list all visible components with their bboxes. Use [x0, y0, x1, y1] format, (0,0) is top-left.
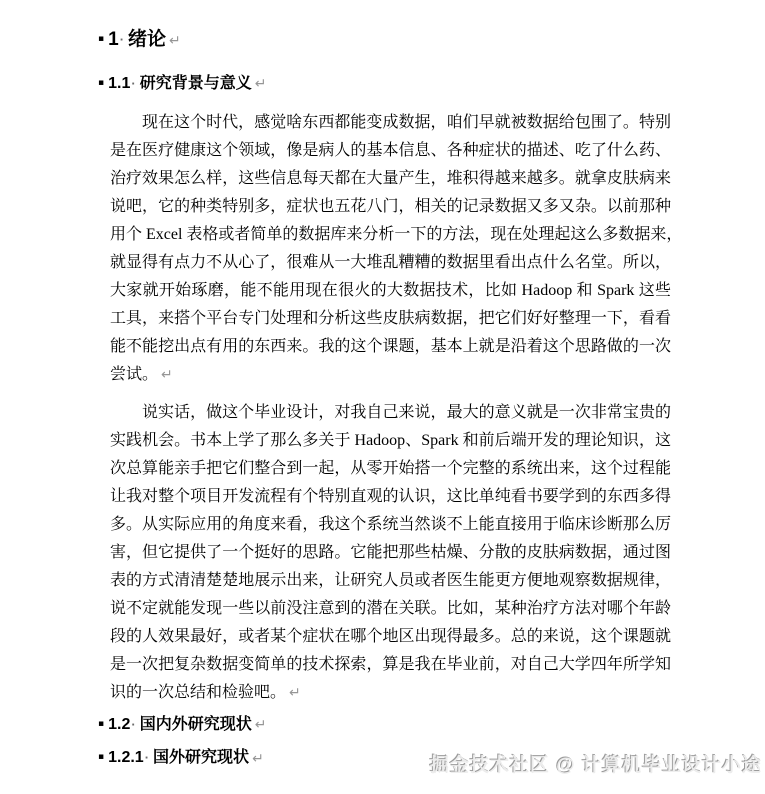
outline-bullet-icon: ▪ [98, 746, 104, 768]
text-line: 是一次把复杂数据变简单的技术探索，算是我在毕业前，对自己大学四年所学知 [110, 651, 671, 679]
paragraph-mark-icon: ↵ [255, 717, 267, 733]
heading-1-2: ▪1.2·国内外研究现状↵ [110, 714, 671, 736]
text-line: 说吧，它的种类特别多，症状也五花八门，相关的记录数据又多又杂。以前那种 [110, 193, 671, 221]
paragraph-mark-icon: ↵ [169, 33, 181, 49]
text-line: 段的人效果最好，或者某个症状在哪个地区出现得最多。总的来说，这个课题就 [110, 623, 671, 651]
space-dot-mark: · [120, 32, 124, 47]
paragraph-mark-icon: ↵ [289, 685, 301, 701]
text-line: 说不定就能发现一些以前没注意到的潜在关联。比如，某种治疗方法对哪个年龄 [110, 595, 671, 623]
text-line: 工具，来搭个平台专门处理和分析这些皮肤病数据，把它们好好整理一下，看看 [110, 305, 671, 333]
text-line: 尝试。↵ [110, 361, 671, 389]
text-line: 害，但它提供了一个挺好的思路。它能把那些枯燥、分散的皮肤病数据，通过图 [110, 539, 671, 567]
text-line: 表的方式清清楚楚地展示出来，让研究人员或者医生能更方便地观察数据规律， [110, 567, 671, 595]
heading-chapter-1: ▪1·绪论↵ [110, 28, 671, 53]
text-line: 是在医疗健康这个领域，像是病人的基本信息、各种症状的描述、吃了什么药、 [110, 137, 671, 165]
space-dot-mark: · [145, 750, 149, 765]
paragraph-mark-icon: ↵ [252, 751, 264, 767]
heading-label: 国外研究现状 [153, 750, 249, 767]
text-line: 说实话，做这个毕业设计，对我自己来说，最大的意义就是一次非常宝贵的 [110, 399, 671, 427]
text-line: 实践机会。书本上学了那么多关于 Hadoop、Spark 和前后端开发的理论知识… [110, 427, 671, 455]
watermark: 掘金技术社区 @ 计算机毕业设计小途 [430, 750, 762, 777]
paragraph-mark-icon: ↵ [161, 367, 173, 383]
heading-number: 1.1 [108, 75, 130, 92]
text-line: 识的一次总结和检验吧。↵ [110, 679, 671, 707]
text-line: 现在这个时代，感觉啥东西都能变成数据，咱们早就被数据给包围了。特别 [110, 109, 671, 137]
heading-number: 1.2 [108, 716, 130, 733]
document-page: ▪1·绪论↵ ▪1.1·研究背景与意义↵ 现在这个时代，感觉啥东西都能变成数据，… [0, 0, 765, 770]
text-line: 大家就开始琢磨，能不能用现在很火的大数据技术，比如 Hadoop 和 Spark… [110, 277, 671, 305]
paragraph-2: 说实话，做这个毕业设计，对我自己来说，最大的意义就是一次非常宝贵的 实践机会。书… [110, 399, 671, 707]
heading-label: 国内外研究现状 [140, 716, 252, 733]
paragraph-1: 现在这个时代，感觉啥东西都能变成数据，咱们早就被数据给包围了。特别 是在医疗健康… [110, 109, 671, 389]
outline-bullet-icon: ▪ [98, 713, 104, 735]
heading-label: 绪论 [128, 29, 166, 50]
text-line: 次总算能亲手把它们整合到一起，从零开始搭一个完整的系统出来，这个过程能 [110, 455, 671, 483]
space-dot-mark: · [131, 76, 135, 91]
line-text: 识的一次总结和检验吧。 [110, 684, 286, 701]
line-text: 尝试。 [110, 366, 158, 383]
outline-bullet-icon: ▪ [98, 72, 104, 94]
text-line: 用个 Excel 表格或者简单的数据库来分析一下的方法，现在处理起这么多数据来， [110, 221, 671, 249]
text-line: 治疗效果怎么样，这些信息每天都在大量产生，堆积得越来越多。就拿皮肤病来 [110, 165, 671, 193]
text-line: 能不能挖出点有用的东西来。我的这个课题，基本上就是沿着这个思路做的一次 [110, 333, 671, 361]
heading-number: 1.2.1 [108, 750, 144, 767]
paragraph-mark-icon: ↵ [255, 76, 267, 92]
text-line: 就显得有点力不从心了，很难从一大堆乱糟糟的数据里看出点什么名堂。所以， [110, 249, 671, 277]
space-dot-mark: · [131, 717, 135, 732]
heading-1-1: ▪1.1·研究背景与意义↵ [110, 73, 671, 95]
heading-label: 研究背景与意义 [140, 75, 252, 92]
outline-bullet-icon: ▪ [98, 27, 104, 51]
heading-number: 1 [108, 29, 119, 50]
text-line: 多。从实际应用的角度来看，我这个系统当然谈不上能直接用于临床诊断那么厉 [110, 511, 671, 539]
text-line: 让我对整个项目开发流程有个特别直观的认识，这比单纯看书要学到的东西多得 [110, 483, 671, 511]
